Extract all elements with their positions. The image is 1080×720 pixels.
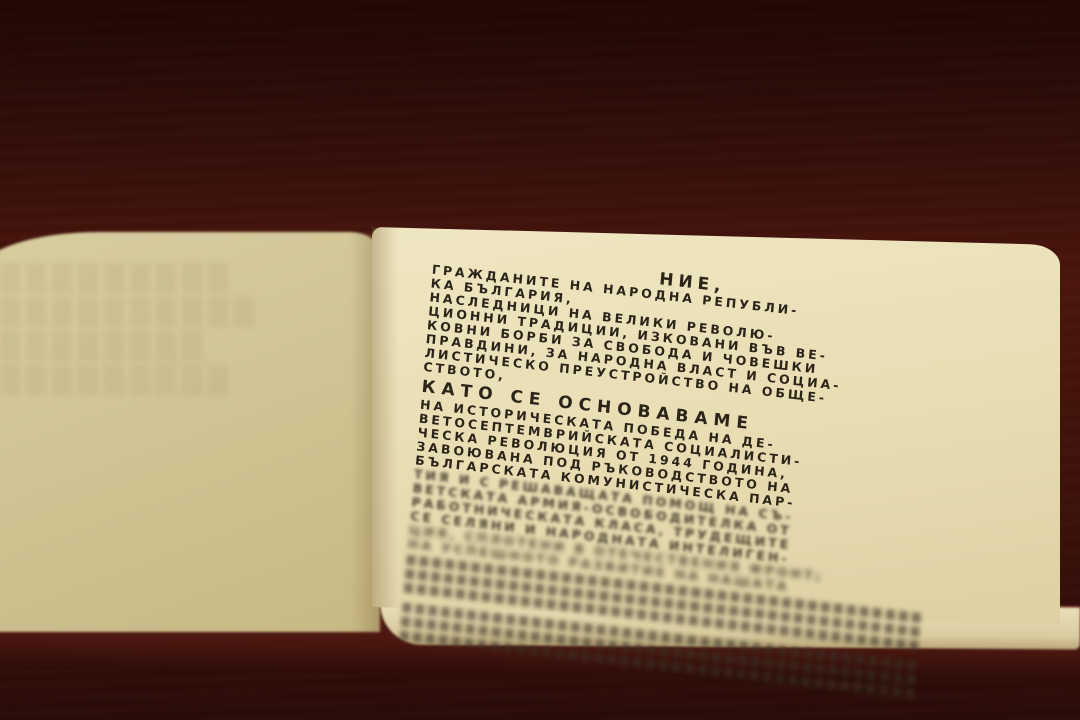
- preamble-text: НИЕ, ГРАЖДАНИТЕ НА НАРОДНА РЕПУБЛИ- КА Б…: [399, 247, 952, 703]
- left-page-show-through-text: ▒▒▒▒▒▒▒▒▒ ▒▒▒▒▒▒▒▒▒▒ ▒▒▒▒▒▒▒▒ ▒▒▒▒▒▒▒▒▒: [0, 262, 320, 398]
- background-shadow: [0, 0, 1080, 240]
- right-page: НИЕ, ГРАЖДАНИТЕ НА НАРОДНА РЕПУБЛИ- КА Б…: [372, 227, 1060, 625]
- left-page: ▒▒▒▒▒▒▒▒▒ ▒▒▒▒▒▒▒▒▒▒ ▒▒▒▒▒▒▒▒ ▒▒▒▒▒▒▒▒▒: [0, 232, 380, 632]
